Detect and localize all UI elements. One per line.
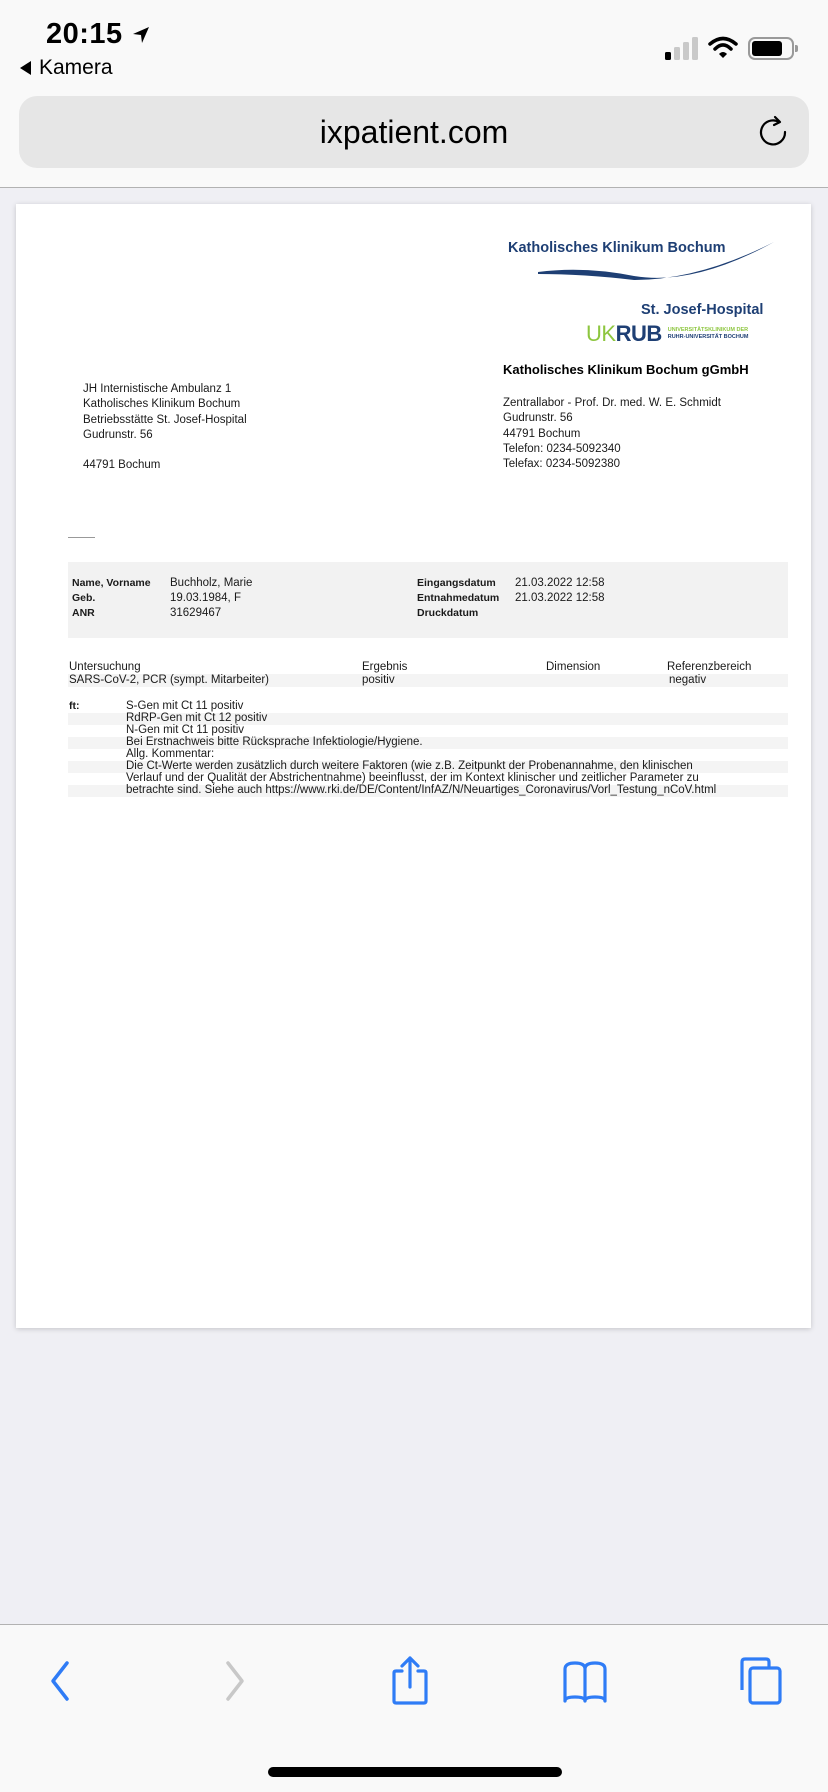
chevron-left-icon <box>45 1659 75 1703</box>
share-button[interactable] <box>380 1651 440 1711</box>
reload-icon[interactable] <box>753 112 793 152</box>
location-arrow-icon <box>131 25 151 45</box>
printed-label: Druckdatum <box>417 607 515 619</box>
comment-line: Die Ct-Werte werden zusätzlich durch wei… <box>126 761 693 772</box>
cell-result: positiv <box>362 674 395 687</box>
comment-line: N-Gen mit Ct 11 positiv <box>126 725 244 736</box>
header-reference: Referenzbereich <box>667 661 751 674</box>
name-value: Buchholz, Marie <box>170 577 252 589</box>
fold-mark <box>68 537 95 538</box>
logo-hospital-name: St. Josef-Hospital <box>641 302 763 318</box>
anr-value: 31629467 <box>170 607 221 619</box>
browser-toolbar <box>0 1624 828 1792</box>
sampled-label: Entnahmedatum <box>417 592 515 604</box>
url-text[interactable]: ixpatient.com <box>19 114 809 151</box>
dob-value: 19.03.1984, F <box>170 592 241 604</box>
cell-test: SARS-CoV-2, PCR (sympt. Mitarbeiter) <box>69 674 269 687</box>
sender-line: 44791 Bochum <box>503 427 721 442</box>
chevron-right-icon <box>220 1659 250 1703</box>
recipient-line: Betriebsstätte St. Josef-Hospital <box>83 413 247 428</box>
bookmarks-button[interactable] <box>555 1651 615 1711</box>
recipient-line: Katholisches Klinikum Bochum <box>83 397 247 412</box>
status-time: 20:15 <box>46 18 151 51</box>
logo-rub: RUB <box>616 321 662 346</box>
cellular-signal-icon <box>665 36 698 60</box>
book-icon <box>561 1659 609 1703</box>
sender-company: Katholisches Klinikum Bochum gGmbH <box>503 362 749 377</box>
recipient-line <box>83 443 247 458</box>
dob-label: Geb. <box>72 592 170 604</box>
status-icons <box>665 36 794 60</box>
patient-info-box: Name, Vorname Buchholz, Marie Geb. 19.03… <box>68 562 788 638</box>
lab-report-page: Katholisches Klinikum Bochum St. Josef-H… <box>16 204 811 1328</box>
browser-header: 20:15 Kamera ixpatient.com <box>0 0 828 188</box>
forward-button[interactable] <box>205 1651 265 1711</box>
sender-line: Telefax: 0234-5092380 <box>503 457 721 472</box>
comment-line: Verlauf und der Qualität der Abstrichent… <box>126 773 699 784</box>
recipient-line: 44791 Bochum <box>83 458 247 473</box>
recipient-address: JH Internistische Ambulanz 1 Katholische… <box>83 382 247 473</box>
sender-line: Zentrallabor - Prof. Dr. med. W. E. Schm… <box>503 396 721 411</box>
sampled-value: 21.03.2022 12:58 <box>515 592 605 604</box>
comment-line: S-Gen mit Ct 11 positiv <box>126 701 243 712</box>
comment-line: RdRP-Gen mit Ct 12 positiv <box>126 713 267 724</box>
sender-line: Telefon: 0234-5092340 <box>503 442 721 457</box>
sender-address: Zentrallabor - Prof. Dr. med. W. E. Schm… <box>503 396 721 472</box>
comment-line: betrachte sind. Siehe auch https://www.r… <box>126 785 716 796</box>
wifi-icon <box>708 36 738 60</box>
comment-row: betrachte sind. Siehe auch https://www.r… <box>68 785 788 797</box>
results-header-row: Untersuchung Ergebnis Dimension Referenz… <box>68 661 788 674</box>
received-value: 21.03.2022 12:58 <box>515 577 605 589</box>
logo-uk: UK <box>586 321 616 346</box>
sender-line: Gudrunstr. 56 <box>503 411 721 426</box>
logo-ukrub: UKRUB UNIVERSITÄTSKLINIKUM DER RUHR-UNIV… <box>586 321 748 347</box>
comment-key: ft: <box>69 701 80 712</box>
logo-ukrub-line1: UNIVERSITÄTSKLINIKUM DER <box>668 327 749 334</box>
header-test: Untersuchung <box>69 661 141 674</box>
battery-icon <box>748 37 794 60</box>
tabs-button[interactable] <box>730 1651 790 1711</box>
recipient-line: Gudrunstr. 56 <box>83 428 247 443</box>
back-triangle-icon <box>20 61 31 75</box>
comment-line: Allg. Kommentar: <box>126 749 214 760</box>
back-to-app-link[interactable]: Kamera <box>20 56 113 80</box>
logo-ukrub-line2: RUHR-UNIVERSITÄT BOCHUM <box>668 334 749 341</box>
cell-reference: negativ <box>669 674 706 687</box>
anr-label: ANR <box>72 607 170 619</box>
address-bar[interactable]: ixpatient.com <box>19 96 809 168</box>
back-app-label: Kamera <box>39 56 113 80</box>
home-indicator[interactable] <box>268 1767 562 1777</box>
logo-hospital-group: Katholisches Klinikum Bochum <box>508 240 726 256</box>
tabs-icon <box>736 1656 784 1706</box>
comment-line: Bei Erstnachweis bitte Rücksprache Infek… <box>126 737 423 748</box>
header-result: Ergebnis <box>362 661 407 674</box>
table-row: SARS-CoV-2, PCR (sympt. Mitarbeiter) pos… <box>68 674 788 687</box>
back-button[interactable] <box>30 1651 90 1711</box>
share-icon <box>388 1655 432 1707</box>
received-label: Eingangsdatum <box>417 577 515 589</box>
recipient-line: JH Internistische Ambulanz 1 <box>83 382 247 397</box>
name-label: Name, Vorname <box>72 577 170 589</box>
time-text: 20:15 <box>46 18 123 51</box>
header-dimension: Dimension <box>546 661 600 674</box>
